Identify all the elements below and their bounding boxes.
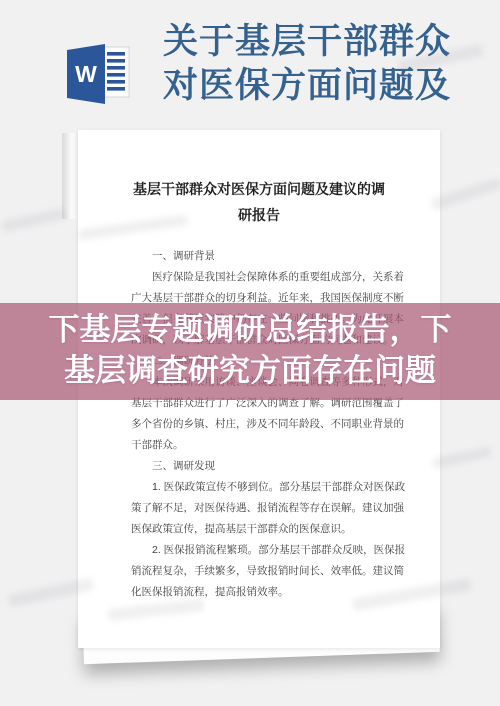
doc-body-line: 2. 医保报销流程繁琐。部分基层干部群众反映，医保报 [131, 540, 416, 561]
header-doc-title-line2: 对医保方面问题及 [163, 64, 473, 108]
watermark-smudge [1, 207, 66, 232]
overlay-caption: 下基层专题调研总结报告，下 基层调查研究方面存在问题 [0, 309, 500, 391]
doc-body-line: 策了解不足，对医保待遇、报销流程等存在误解。建议加强 [131, 498, 416, 519]
doc-body-line: 一、调研背景 [131, 246, 416, 267]
article-cover-image: W 关于基层干部群众 对医保方面问题及 基层干部群众对医保方面问题及建议的调 研… [0, 0, 500, 706]
word-icon: W [67, 43, 131, 105]
overlay-caption-line2: 基层调查研究方面存在问题 [0, 350, 500, 391]
report-title: 基层干部群众对医保方面问题及建议的调 研报告 [78, 176, 440, 228]
doc-body-line: 1. 医保政策宣传不够到位。部分基层干部群众对医保政 [131, 477, 416, 498]
word-icon-letter: W [75, 61, 97, 87]
watermark-smudge [432, 446, 493, 469]
doc-body-line: 医保政策宣传，提高基层干部群众的医保意识。 [131, 519, 416, 540]
doc-body-line: 干部群众。 [131, 435, 416, 456]
report-title-line1: 基层干部群众对医保方面问题及建议的调 [78, 176, 440, 202]
watermark-smudge [430, 177, 500, 211]
doc-body: 一、调研背景医疗保险是我国社会保障体系的重要组成部分，关系着广大基层干部群众的切… [131, 246, 416, 603]
overlay-caption-line1: 下基层专题调研总结报告，下 [0, 309, 500, 350]
doc-body-line: 多个省份的乡镇、村庄，涉及不同年龄段、不同职业背景的 [131, 414, 416, 435]
doc-body-line: 销流程复杂，手续繁多，导致报销时间长、效率低。建议简 [131, 561, 416, 582]
paper-left-edge [62, 133, 79, 219]
doc-body-line: 医疗保险是我国社会保障体系的重要组成部分，关系着 [131, 267, 416, 288]
doc-body-line: 三、调研发现 [131, 456, 416, 477]
